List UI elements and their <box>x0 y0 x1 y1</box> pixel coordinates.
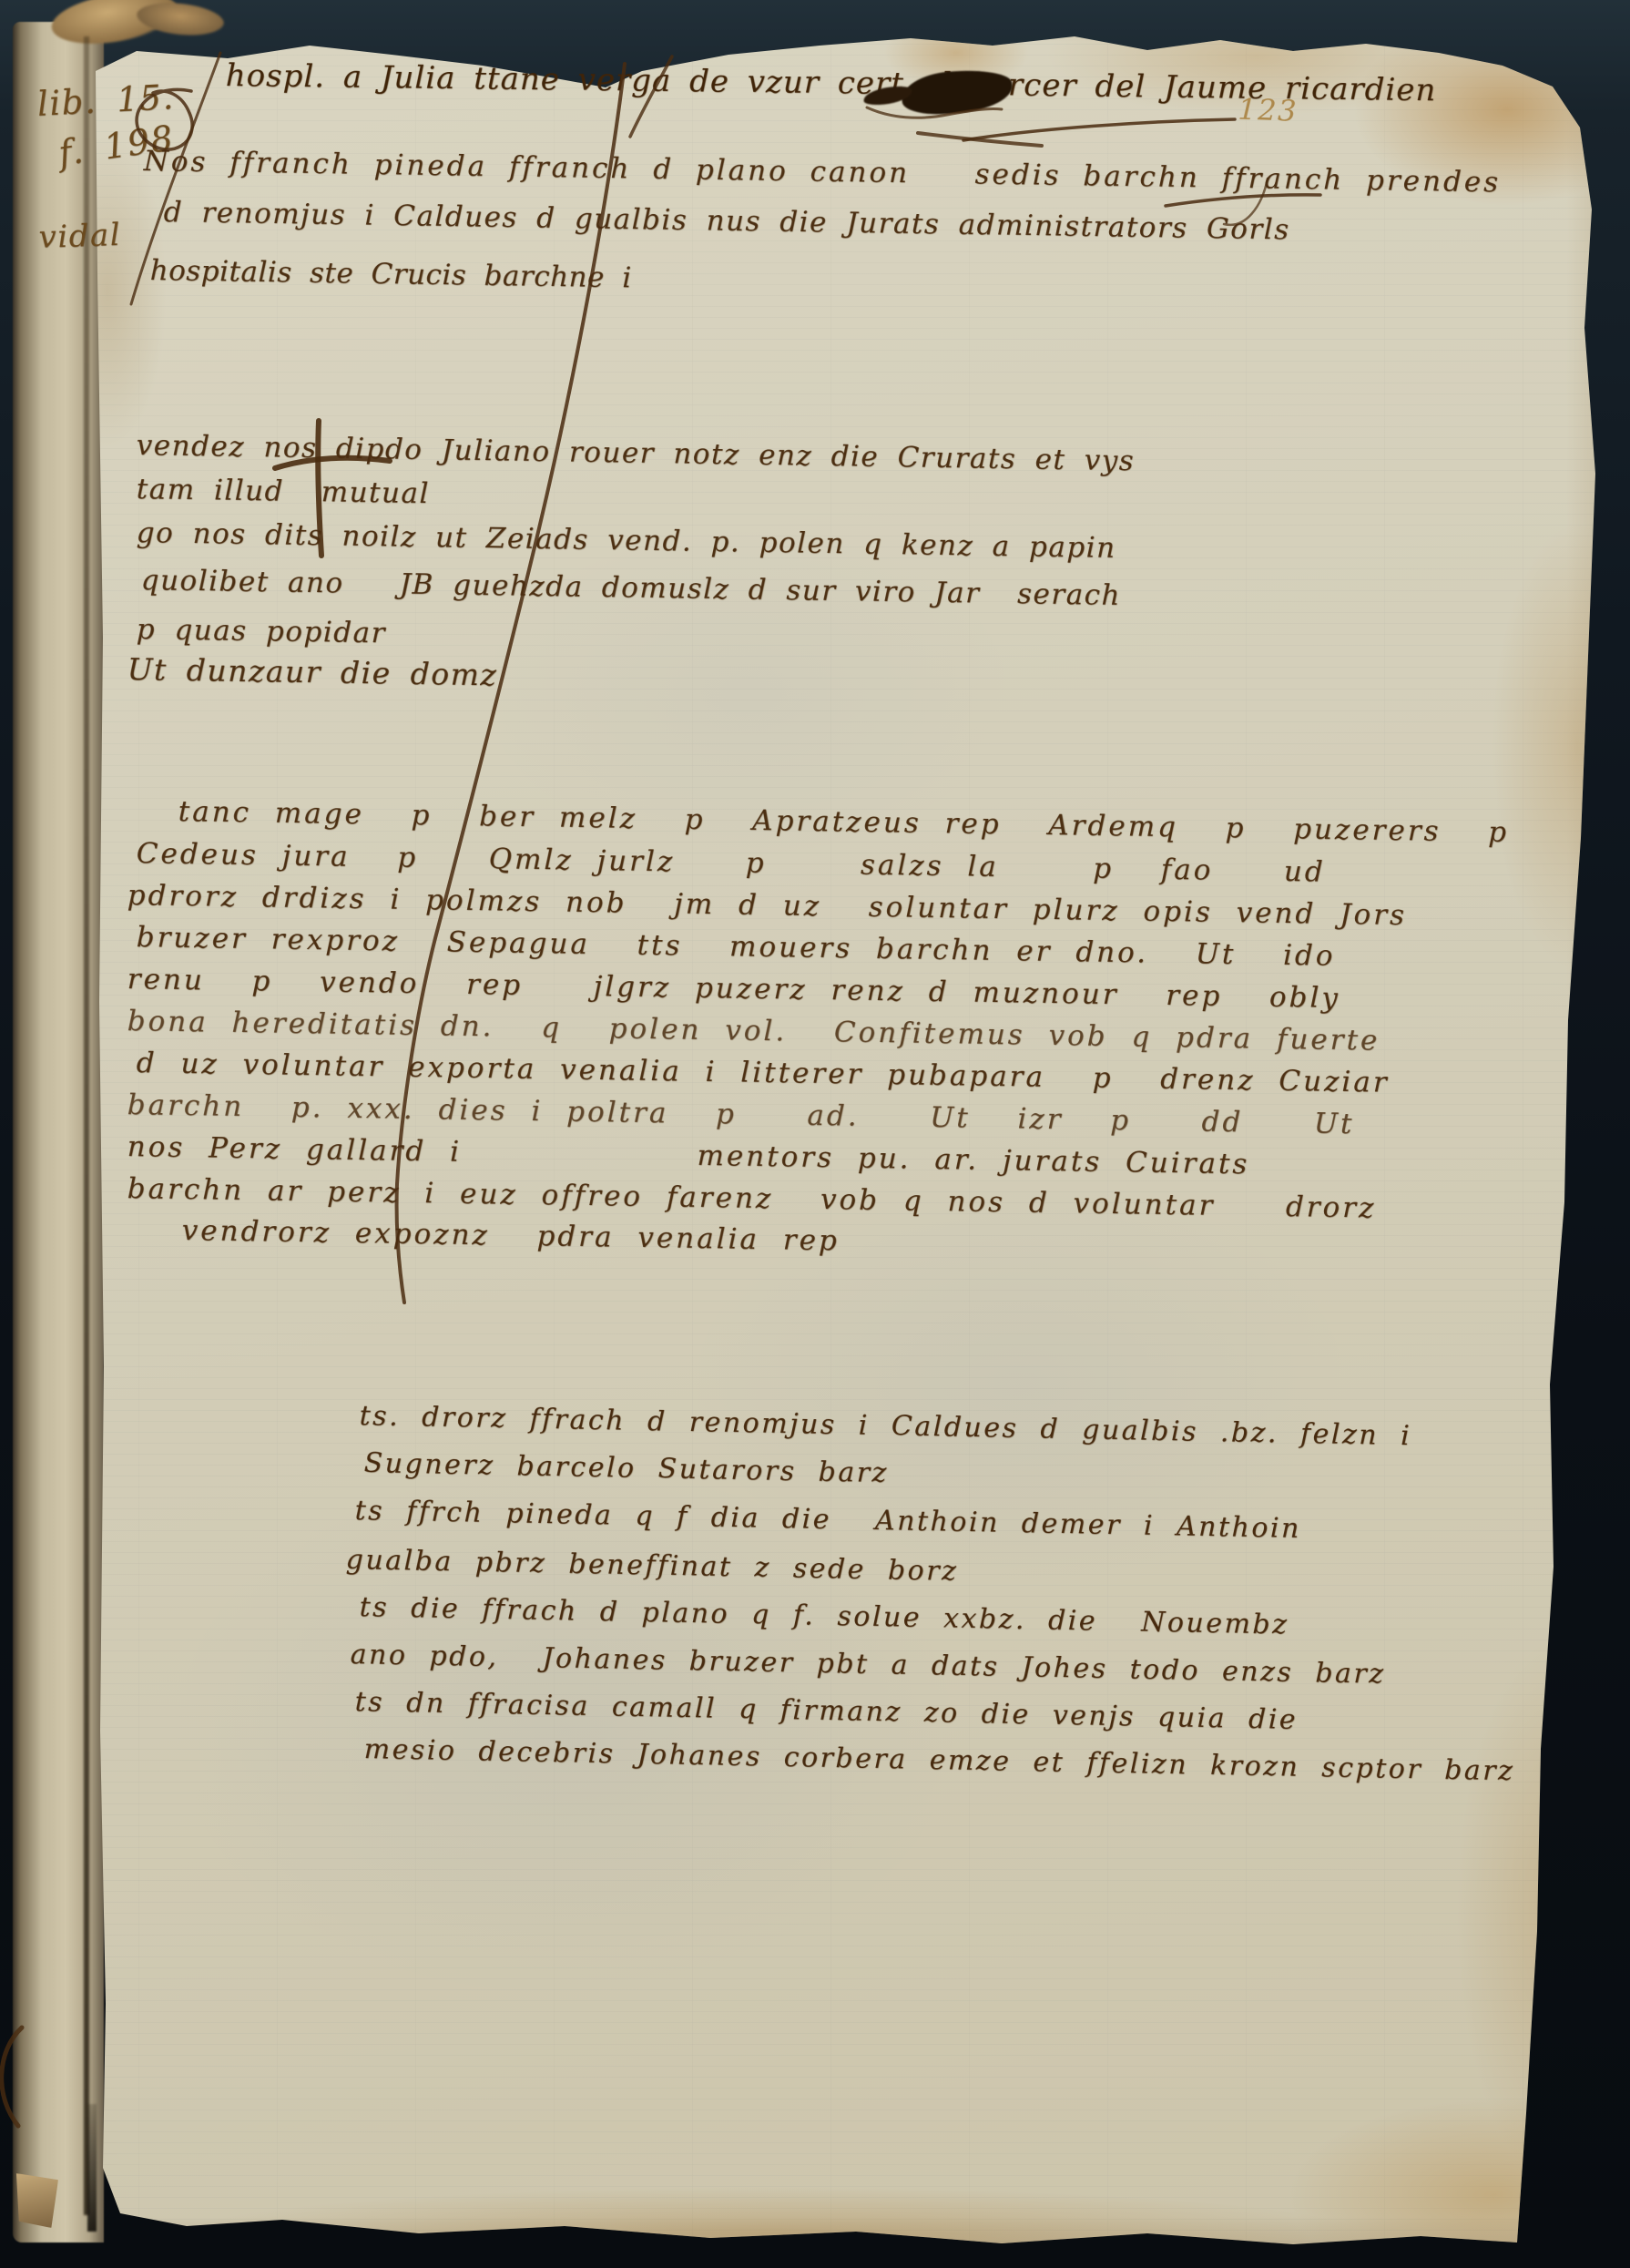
manuscript-line: tam illud mutual <box>137 475 431 508</box>
manuscript-line: hospitalis ste Crucis barchne i <box>150 257 632 292</box>
manuscript-line: p quas popidar <box>137 616 387 648</box>
folio-number: 123 <box>1238 95 1299 126</box>
margin-book-ref: lib. 15. <box>36 80 175 121</box>
spine-slit <box>87 2104 97 2232</box>
binding-spine <box>13 22 104 2242</box>
manuscript-line: Ut dunzaur die domz <box>127 654 497 690</box>
spine-crease <box>84 36 89 2215</box>
margin-side-note: vidal <box>38 220 122 253</box>
binding-tab <box>15 2173 58 2228</box>
manuscript-photo: lib. 15. f. 198 vidal hospl. a Julia tta… <box>0 0 1630 2268</box>
